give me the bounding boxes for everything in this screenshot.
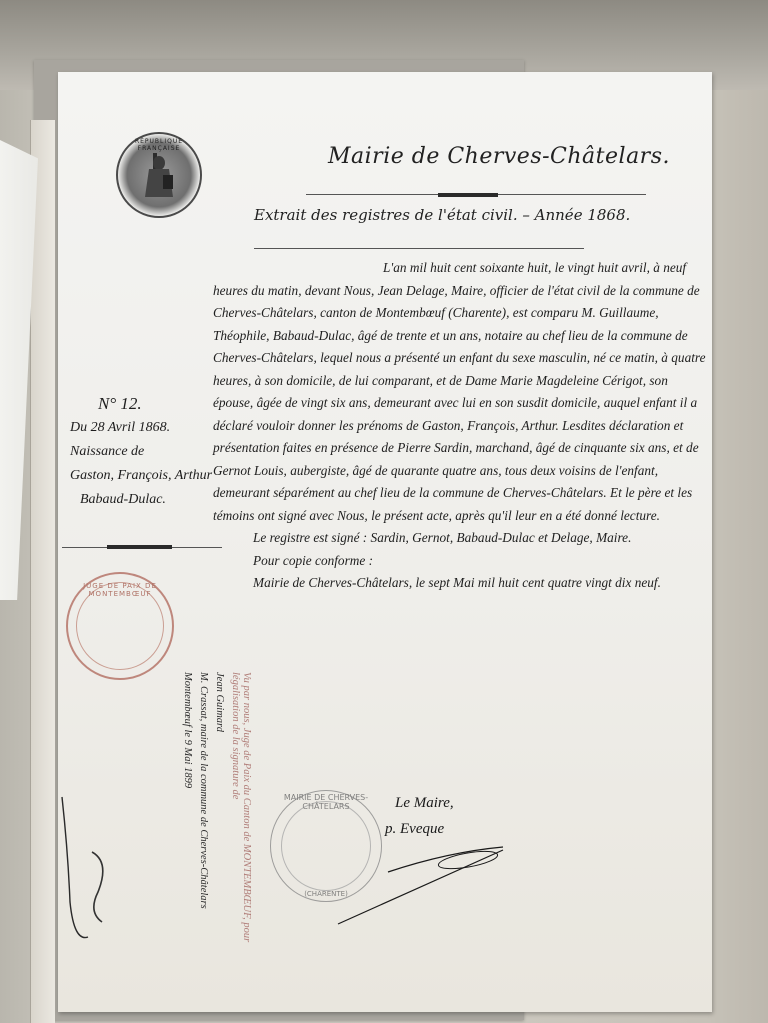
seal-text: RÉPUBLIQUE FRANÇAISE: [118, 138, 200, 152]
legalization-place-date: Montembœuf le 9 Mai 1899: [182, 672, 193, 972]
record-number: N° 12.: [70, 392, 220, 416]
record-date: Du 28 Avril 1868.: [70, 416, 220, 440]
certified-copy-label: Pour copie conforme :: [213, 550, 708, 573]
page-title: Mairie de Cherves-Châtelars.: [328, 144, 670, 169]
legalization-note: Vu par nous, Juge de Paix du Canton de M…: [230, 672, 252, 992]
certificate-body: L'an mil huit cent soixante huit, le vin…: [213, 257, 708, 595]
child-given-names: Gaston, François, Arthur: [70, 464, 220, 488]
legalization-signatory: Jean Guimard: [214, 672, 225, 972]
birth-record-paragraph: L'an mil huit cent soixante huit, le vin…: [213, 257, 708, 527]
stamp-top-text: MAIRIE DE CHERVES-CHÂTELARS: [271, 793, 381, 811]
margin-annotation: N° 12. Du 28 Avril 1868. Naissance de Ga…: [70, 392, 220, 512]
extract-title: Extrait des registres de l'état civil. –…: [254, 206, 630, 224]
marianne-figure-icon: [139, 149, 179, 201]
margin-divider: [62, 547, 222, 548]
issue-date-paragraph: Mairie de Cherves-Châtelars, le sept Mai…: [213, 572, 708, 595]
republic-seal-icon: RÉPUBLIQUE FRANÇAISE: [116, 132, 202, 218]
child-surname: Babaud-Dulac.: [70, 488, 220, 512]
judge-signature-icon: [58, 792, 118, 952]
record-type: Naissance de: [70, 440, 220, 464]
binder-edge: [30, 120, 55, 1023]
title-divider-accent: [438, 193, 498, 197]
legalization-mayor: M. Crassat, maire de la commune de Cherv…: [198, 672, 209, 992]
red-stamp-text: JUGE DE PAIX DE MONTEMBŒUF: [68, 582, 172, 598]
register-signatures-paragraph: Le registre est signé : Sardin, Gernot, …: [213, 527, 708, 550]
justice-of-peace-stamp-icon: JUGE DE PAIX DE MONTEMBŒUF: [66, 572, 174, 680]
signature-flourish-icon: [288, 812, 528, 932]
extract-divider: [254, 248, 584, 249]
birth-certificate-extract: RÉPUBLIQUE FRANÇAISE Mairie de Cherves-C…: [58, 72, 712, 1012]
